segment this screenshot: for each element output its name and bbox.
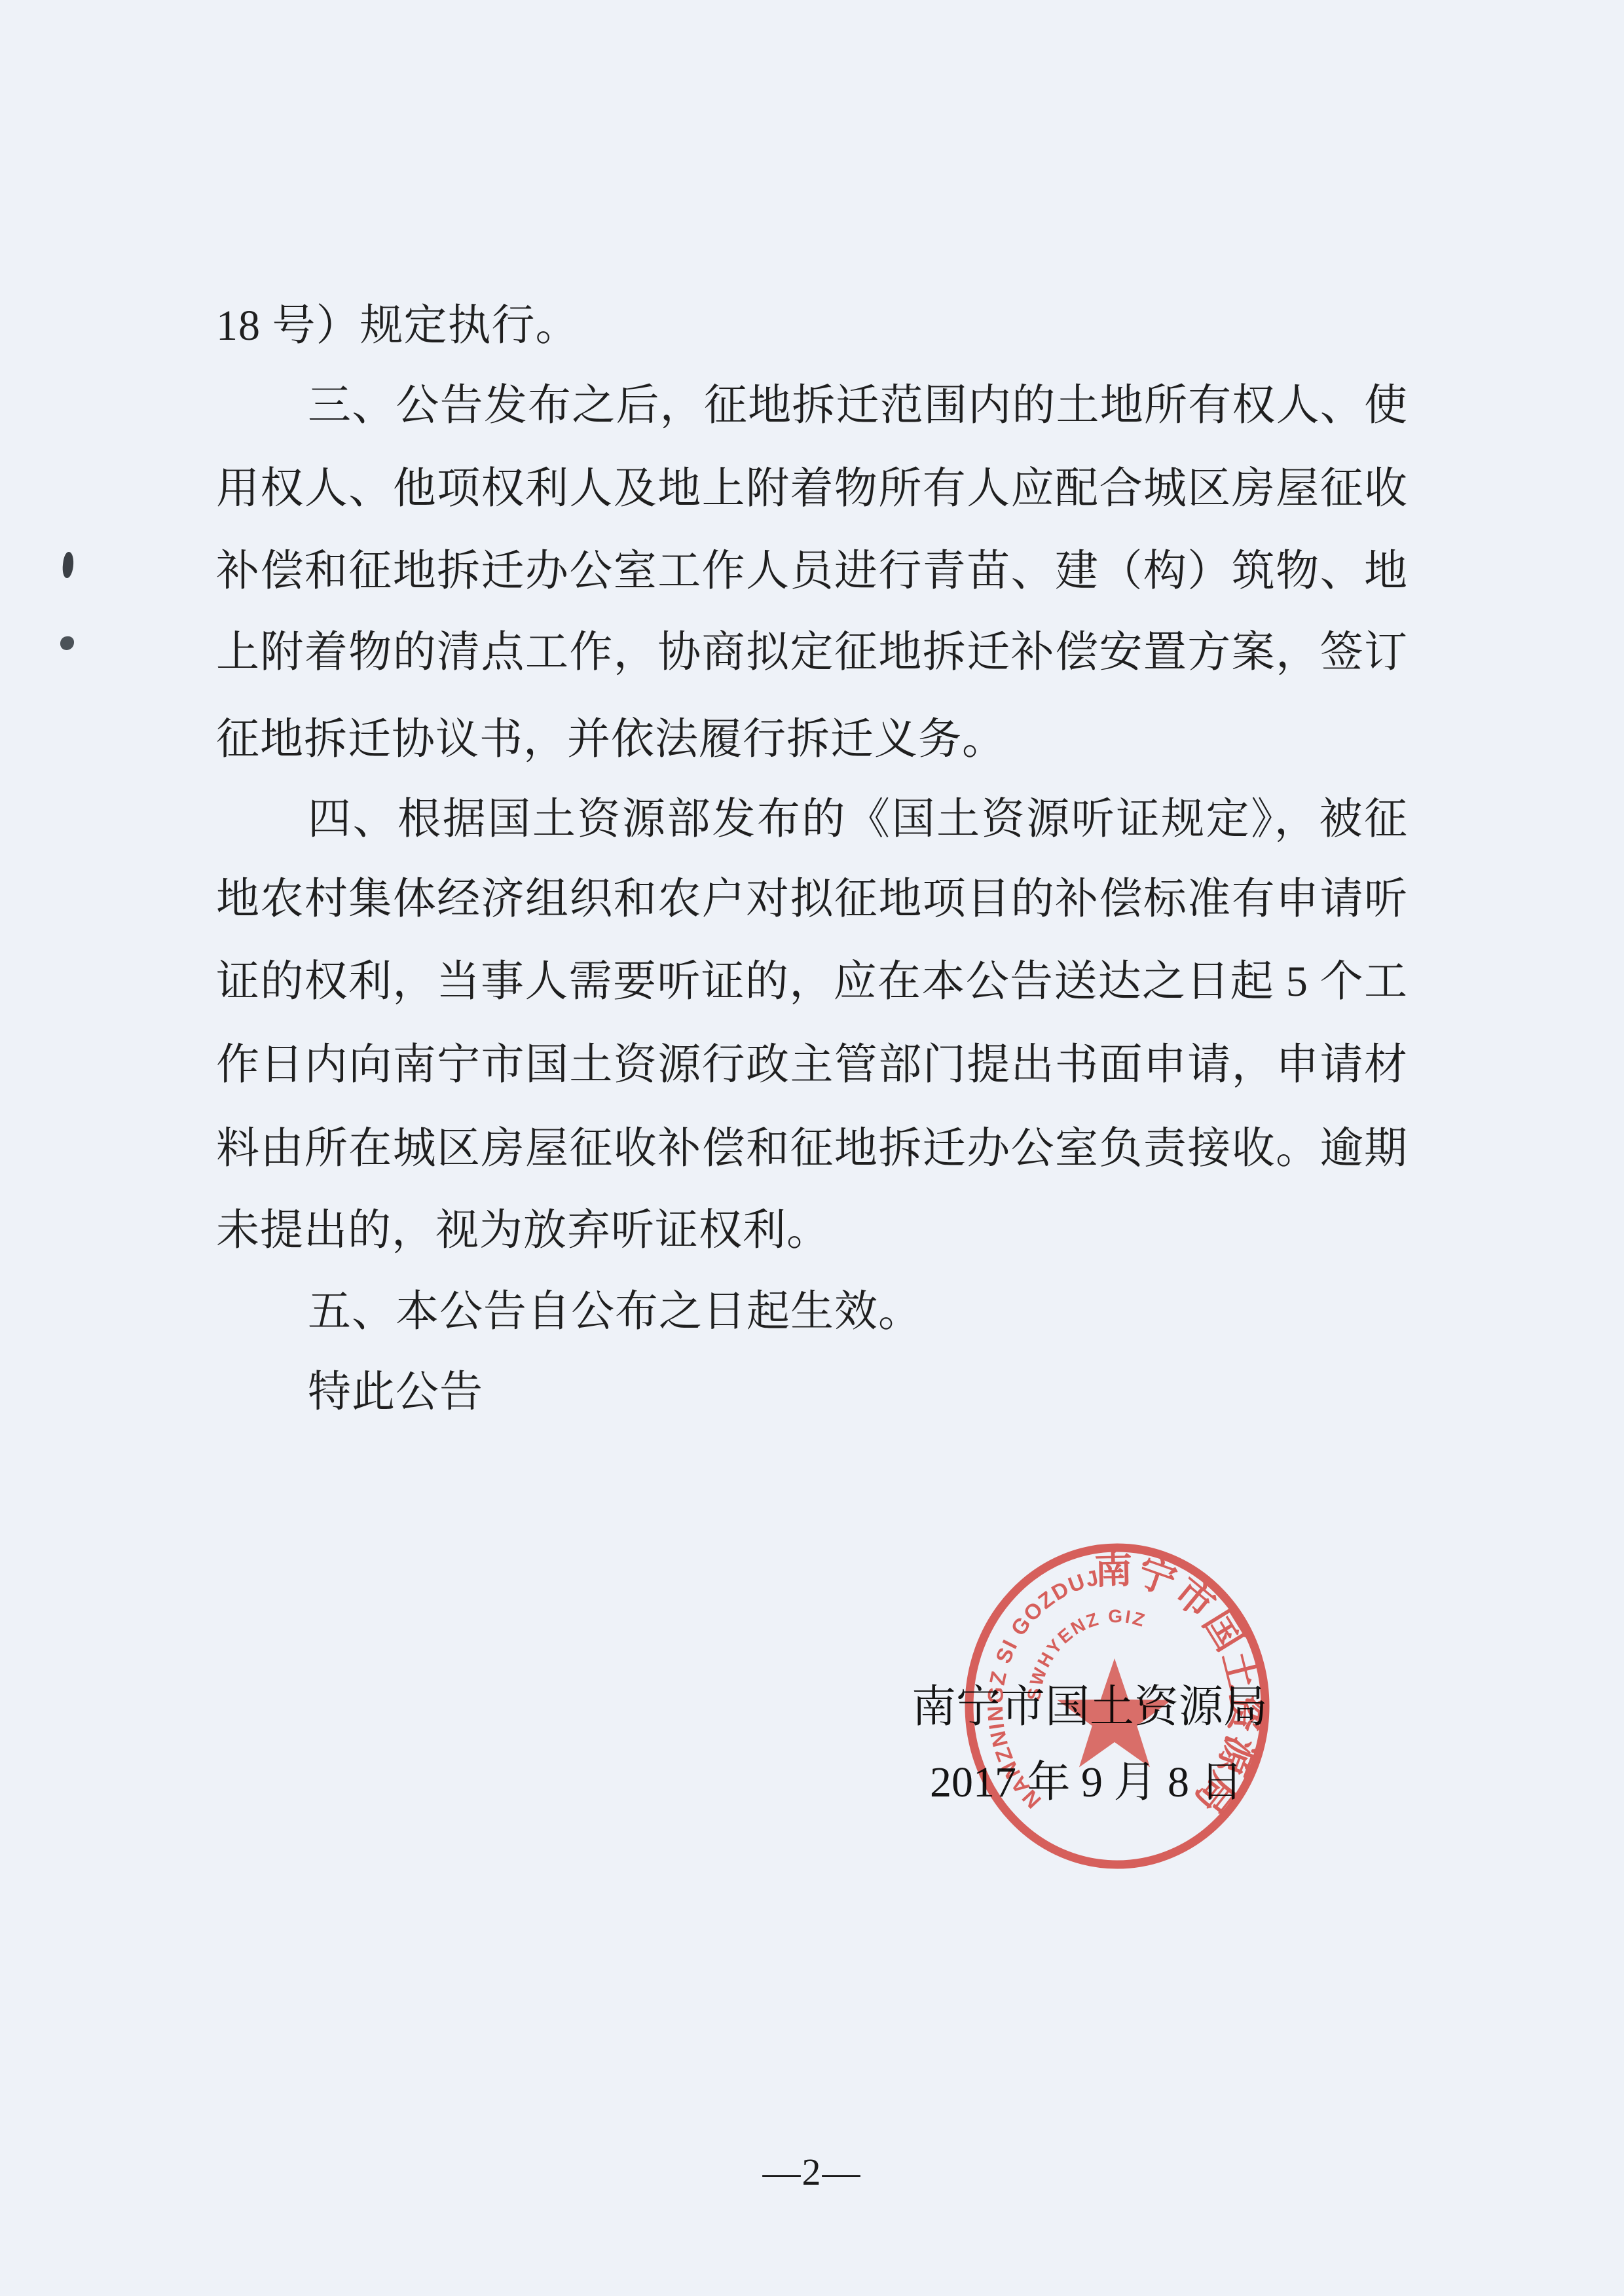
body-line-14: 特此公告 [308, 1364, 1408, 1421]
ink-speck [60, 636, 74, 650]
ink-speck [62, 551, 75, 579]
body-line-6: 征地拆迁协议书，并依法履行拆迁义务。 [216, 712, 1408, 768]
body-line-5: 上附着物的清点工作，协商拟定征地拆迁补偿安置方案，签订 [216, 625, 1408, 681]
body-line-7: 四、根据国土资源部发布的《国土资源听证规定》，被征 [308, 792, 1408, 848]
page-number: —2— [0, 2149, 1624, 2195]
body-line-2: 三、公告发布之后，征地拆迁范围内的土地所有权人、使 [308, 378, 1408, 434]
body-line-13: 五、本公告自公布之日起生效。 [308, 1284, 1408, 1340]
seal-zhuang-inner-text: SWHYENZ GIZ [1024, 1606, 1149, 1702]
body-line-12: 未提出的，视为放弃听证权利。 [216, 1203, 1408, 1259]
seal-star-icon [1058, 1658, 1172, 1767]
body-line-3: 用权人、他项权利人及地上附着物所有人应配合城区房屋征收 [216, 461, 1408, 517]
body-line-1: 18 号）规定执行。 [216, 298, 1408, 354]
body-line-8: 地农村集体经济组织和农户对拟征地项目的补偿标准有申请听 [216, 871, 1408, 928]
body-line-10: 作日内向南宁市国土资源行政主管部门提出书面申请，申请材 [216, 1037, 1408, 1093]
official-seal: 南宁市国土资源局 NANZNINGZ SI GOZDUJ SWHYENZ GIZ [950, 1525, 1290, 1892]
body-line-9: 证的权利，当事人需要听证的，应在本公告送达之日起 5 个工 [216, 954, 1408, 1010]
svg-text:SWHYENZ GIZ: SWHYENZ GIZ [1024, 1606, 1149, 1702]
body-line-11: 料由所在城区房屋征收补偿和征地拆迁办公室负责接收。逾期 [216, 1121, 1408, 1177]
body-line-4: 补偿和征地拆迁办公室工作人员进行青苗、建（构）筑物、地 [216, 543, 1408, 600]
scanned-announcement-page: 18 号）规定执行。 三、公告发布之后，征地拆迁范围内的土地所有权人、使 用权人… [0, 0, 1624, 2296]
